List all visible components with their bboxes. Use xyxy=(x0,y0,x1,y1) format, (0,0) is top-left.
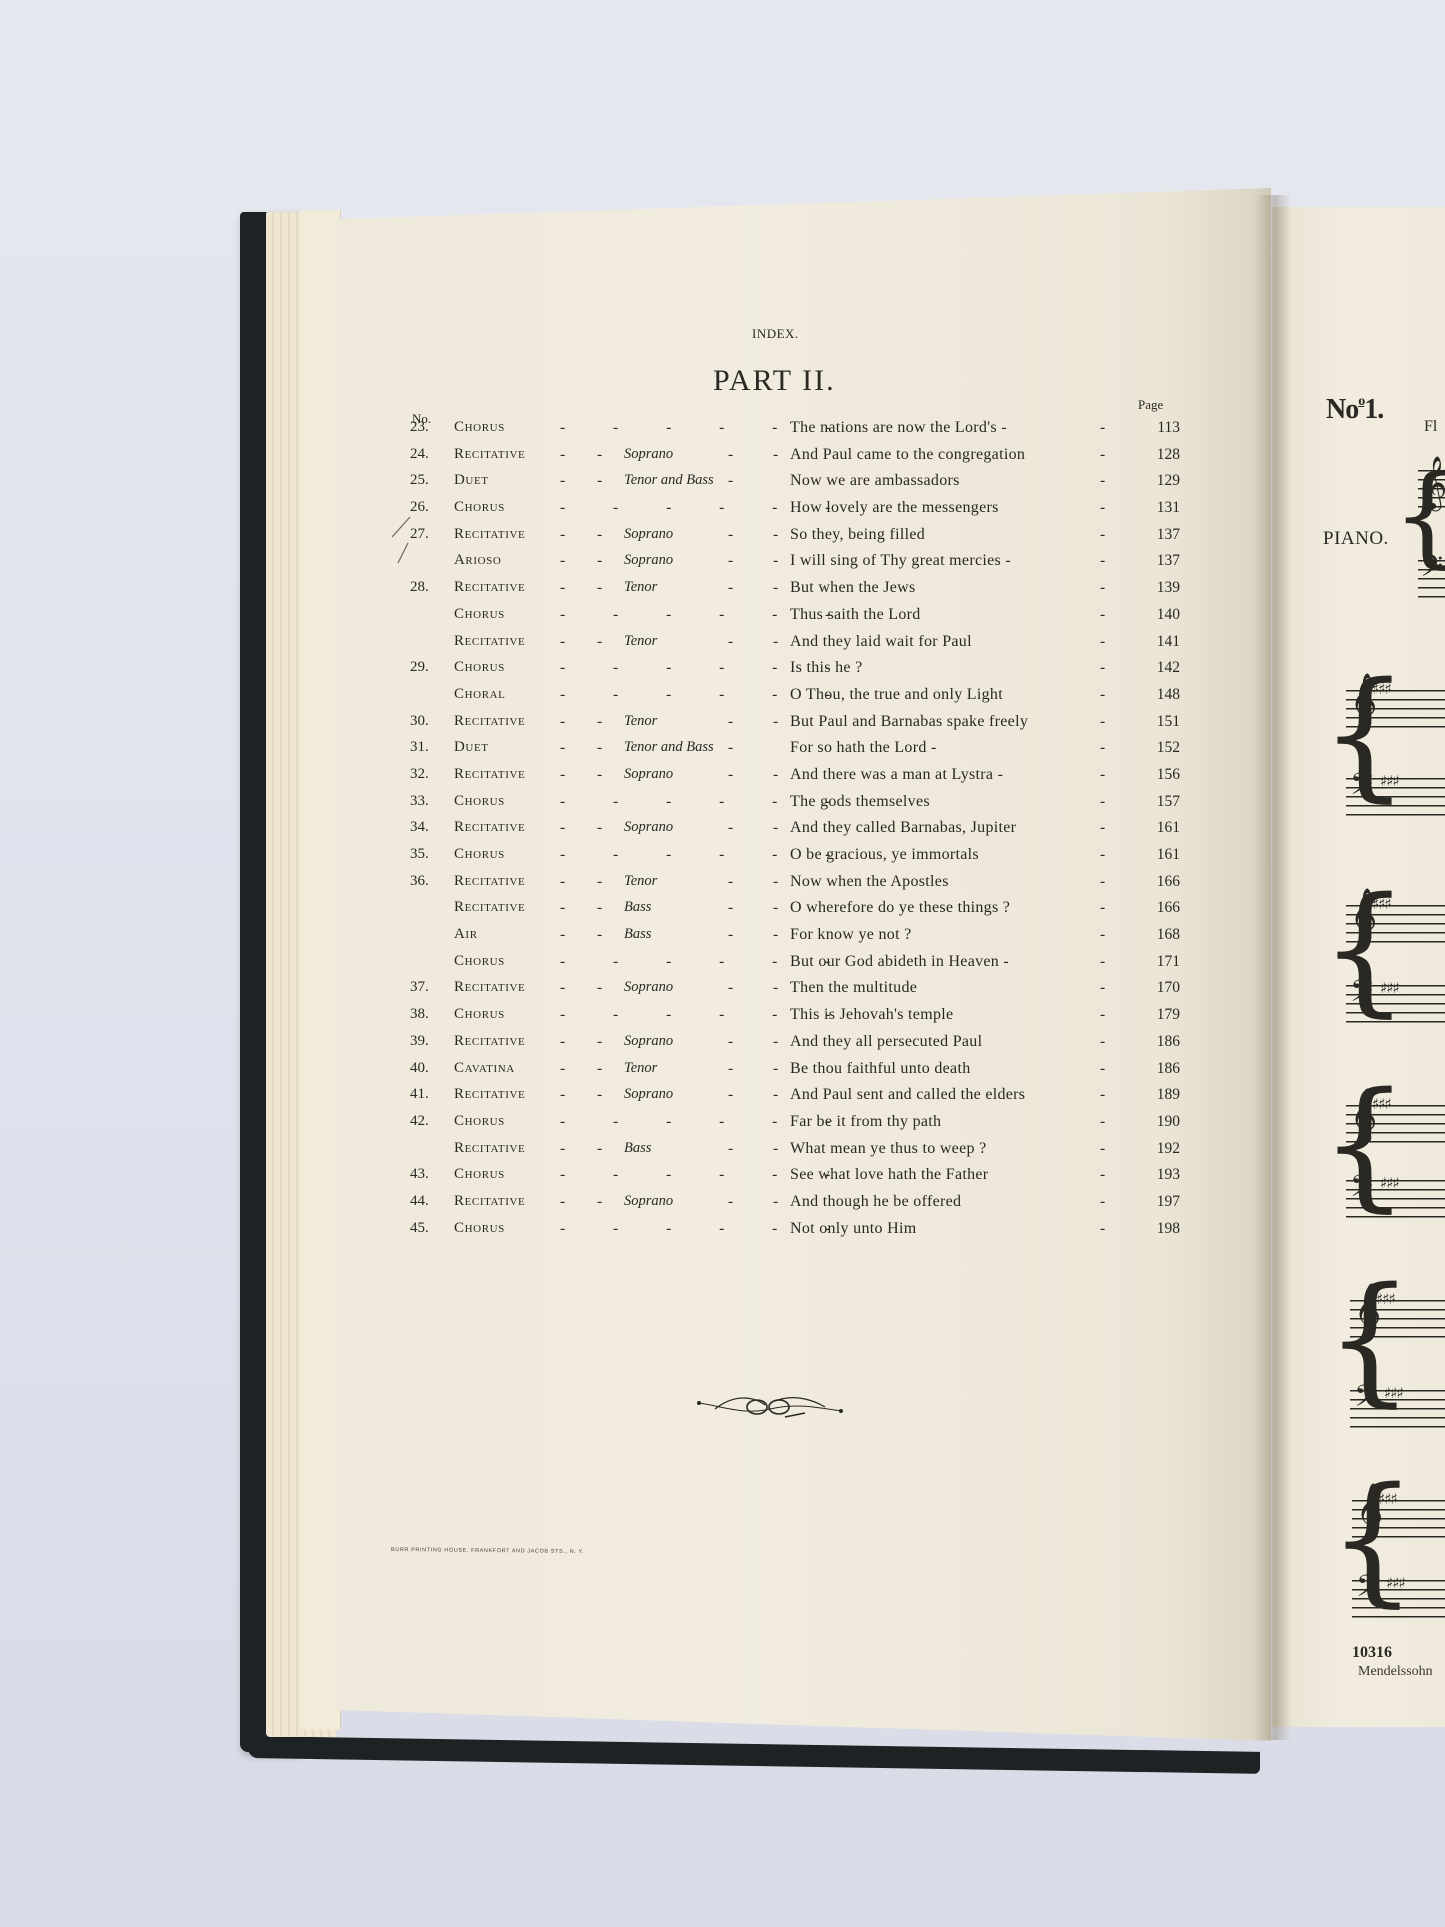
entry-voice: Tenor xyxy=(624,1060,657,1077)
entry-page: 137 xyxy=(1140,552,1180,570)
entry-page: 137 xyxy=(1140,526,1180,544)
entry-form: Recitative xyxy=(454,1033,525,1050)
index-entry: Recitative - - Tenor - - And they laid w… xyxy=(410,633,1170,660)
index-entry: 25. Duet - - Tenor and Bass - Now we are… xyxy=(410,472,1170,499)
entry-voice: Soprano xyxy=(624,1033,673,1050)
entry-page: 128 xyxy=(1140,446,1180,464)
key-signature-icon: ♯♯♯ xyxy=(1378,1490,1397,1508)
running-header: INDEX. xyxy=(752,326,799,342)
bass-clef-icon: 𝄢 xyxy=(1350,975,1373,1017)
index-entry: 37. Recitative - - Soprano - - Then the … xyxy=(410,979,1170,1006)
leader-dots: - xyxy=(1100,1113,1105,1131)
entry-number: 41. xyxy=(410,1086,446,1103)
entry-title: O Thou, the true and only Light xyxy=(790,686,1003,704)
entry-form: Chorus xyxy=(454,419,505,436)
leader-dots: - - xyxy=(560,1060,616,1078)
index-entry: 34. Recitative - - Soprano - - And they … xyxy=(410,819,1170,846)
entry-title: But when the Jews xyxy=(790,579,916,597)
leader-dots: - - xyxy=(560,979,616,997)
leader-dots: - - xyxy=(728,1193,796,1211)
leader-dots: - xyxy=(1100,819,1105,837)
key-signature-icon: ♯♯♯ xyxy=(1386,1574,1405,1592)
leader-dots: - xyxy=(1100,686,1105,704)
instrument-label-piano: PIANO. xyxy=(1323,528,1389,550)
entry-form: Chorus xyxy=(454,499,505,516)
leader-dots: - - xyxy=(728,446,796,464)
entry-form: Duet xyxy=(454,739,489,756)
leader-dots: - xyxy=(1100,419,1105,437)
entry-voice: Soprano xyxy=(624,819,673,836)
index-entry: Recitative - - Bass - - What mean ye thu… xyxy=(410,1140,1170,1167)
entry-title: O wherefore do ye these things ? xyxy=(790,899,1010,917)
leader-dots: - xyxy=(1100,926,1105,944)
entry-page: 129 xyxy=(1140,472,1180,490)
leader-dots: - xyxy=(1100,1060,1105,1078)
entry-number: 33. xyxy=(410,793,446,810)
entry-voice: Tenor xyxy=(624,873,657,890)
key-signature-icon: ♯♯♯ xyxy=(1380,772,1399,790)
leader-dots: - - xyxy=(728,899,796,917)
leader-dots: - - xyxy=(728,979,796,997)
entry-number: 34. xyxy=(410,819,446,836)
entry-form: Recitative xyxy=(454,713,525,730)
index-entry: 43. Chorus - - - - - - See what love hat… xyxy=(410,1166,1170,1193)
leader-dots: - xyxy=(1100,1166,1105,1184)
key-signature-icon: ♯♯♯ xyxy=(1372,680,1391,698)
entry-form: Recitative xyxy=(454,1086,525,1103)
entry-page: 186 xyxy=(1140,1033,1180,1051)
entry-title: I will sing of Thy great mercies - xyxy=(790,552,1011,570)
index-entry: 31. Duet - - Tenor and Bass - For so hat… xyxy=(410,739,1170,766)
leader-dots: - xyxy=(1100,1220,1105,1238)
entry-form: Chorus xyxy=(454,1166,505,1183)
index-entry: 45. Chorus - - - - - - Not only unto Him… xyxy=(410,1220,1170,1247)
entry-voice: Soprano xyxy=(624,979,673,996)
entry-form: Recitative xyxy=(454,766,525,783)
key-signature-icon: ♯♯♯ xyxy=(1376,1290,1395,1308)
entry-page: 113 xyxy=(1140,419,1180,437)
leader-dots: - - xyxy=(728,766,796,784)
entry-form: Cavatina xyxy=(454,1060,515,1077)
leader-dots: - - xyxy=(560,873,616,891)
entry-number: 39. xyxy=(410,1033,446,1050)
entry-title: But Paul and Barnabas spake freely xyxy=(790,713,1028,731)
entry-title: But our God abideth in Heaven - xyxy=(790,953,1009,971)
leader-dots: - - xyxy=(728,1140,796,1158)
index-entry: Arioso - - Soprano - - I will sing of Th… xyxy=(410,552,1170,579)
leader-dots: - - xyxy=(560,1193,616,1211)
leader-dots: - - xyxy=(560,739,616,757)
index-entry: Choral - - - - - - O Thou, the true and … xyxy=(410,686,1170,713)
key-signature-icon: ♯♯♯ xyxy=(1372,1095,1391,1113)
entry-number: 28. xyxy=(410,579,446,596)
entry-voice: Soprano xyxy=(624,1086,673,1103)
entry-title: And though he be offered xyxy=(790,1193,961,1211)
key-signature-icon: ♯♯♯ xyxy=(1372,895,1391,913)
entry-number: 36. xyxy=(410,873,446,890)
index-entry: 40. Cavatina - - Tenor - - Be thou faith… xyxy=(410,1060,1170,1087)
entry-number: 35. xyxy=(410,846,446,863)
leader-dots: - xyxy=(1100,873,1105,891)
leader-dots: - xyxy=(1100,846,1105,864)
entry-voice: Bass xyxy=(624,899,651,916)
entry-number: 25. xyxy=(410,472,446,489)
leader-dots: - xyxy=(1100,659,1105,677)
entry-page: 166 xyxy=(1140,899,1180,917)
leader-dots: - xyxy=(1100,579,1105,597)
index-entry: 32. Recitative - - Soprano - - And there… xyxy=(410,766,1170,793)
entry-page: 139 xyxy=(1140,579,1180,597)
movement-number: Noo1. xyxy=(1326,394,1383,426)
entry-title: And Paul sent and called the elders xyxy=(790,1086,1025,1104)
entry-title: For so hath the Lord - xyxy=(790,739,937,757)
movement-number-label: No xyxy=(1326,394,1358,425)
entry-form: Chorus xyxy=(454,1113,505,1130)
entry-form: Recitative xyxy=(454,979,525,996)
entry-title: Is this he ? xyxy=(790,659,862,677)
leader-dots: - - xyxy=(728,526,796,544)
index-entry: 36. Recitative - - Tenor - - Now when th… xyxy=(410,873,1170,900)
entry-voice: Tenor xyxy=(624,713,657,730)
entry-voice: Tenor and Bass xyxy=(624,739,714,756)
leader-dots: - - xyxy=(728,1060,796,1078)
entry-number: 27. xyxy=(410,526,446,543)
book-gutter xyxy=(1255,195,1291,1740)
entry-title: O be gracious, ye immortals xyxy=(790,846,979,864)
plate-number: 10316 xyxy=(1352,1644,1392,1662)
entry-page: 190 xyxy=(1140,1113,1180,1131)
entry-title: See what love hath the Father xyxy=(790,1166,988,1184)
index-entry: 29. Chorus - - - - - - Is this he ? - 14… xyxy=(410,659,1170,686)
leader-dots: - xyxy=(728,739,751,757)
entry-page: 152 xyxy=(1140,739,1180,757)
leader-dots: - - xyxy=(560,552,616,570)
entry-page: 171 xyxy=(1140,953,1180,971)
entry-page: 140 xyxy=(1140,606,1180,624)
entry-title: Thus saith the Lord xyxy=(790,606,921,624)
entry-page: 189 xyxy=(1140,1086,1180,1104)
leader-dots: - - xyxy=(560,1033,616,1051)
leader-dots: - - xyxy=(728,713,796,731)
entry-title: Be thou faithful unto death xyxy=(790,1060,971,1078)
page-title: PART II. xyxy=(713,364,836,398)
leader-dots: - xyxy=(1100,1193,1105,1211)
entry-title: The nations are now the Lord's - xyxy=(790,419,1007,437)
entry-number: 24. xyxy=(410,446,446,463)
entry-title: And they all persecuted Paul xyxy=(790,1033,982,1051)
entry-form: Chorus xyxy=(454,846,505,863)
entry-title: Then the multitude xyxy=(790,979,917,997)
index-entry: Recitative - - Bass - - O wherefore do y… xyxy=(410,899,1170,926)
entry-title: So they, being filled xyxy=(790,526,925,544)
leader-dots: - xyxy=(1100,552,1105,570)
entry-title: This is Jehovah's temple xyxy=(790,1006,953,1024)
leader-dots: - xyxy=(1100,766,1105,784)
leader-dots: - - xyxy=(728,579,796,597)
entry-voice: Tenor xyxy=(624,633,657,650)
key-signature-icon: ♯♯♯ xyxy=(1380,1174,1399,1192)
leader-dots: - - xyxy=(560,446,616,464)
entry-number: 42. xyxy=(410,1113,446,1130)
book-cover-bottom-edge xyxy=(248,1736,1260,1774)
entry-form: Arioso xyxy=(454,552,501,569)
key-signature-icon: ♯♯♯ xyxy=(1380,979,1399,997)
index-entry: 26. Chorus - - - - - - How lovely are th… xyxy=(410,499,1170,526)
bass-clef-icon: 𝄢 xyxy=(1350,768,1373,810)
leader-dots: - xyxy=(1100,499,1105,517)
entry-title: And there was a man at Lystra - xyxy=(790,766,1003,784)
entry-title: How lovely are the messengers xyxy=(790,499,999,517)
index-entry: 24. Recitative - - Soprano - - And Paul … xyxy=(410,446,1170,473)
entry-page: 141 xyxy=(1140,633,1180,651)
leader-dots: - - xyxy=(728,926,796,944)
entry-number: 40. xyxy=(410,1060,446,1077)
entry-page: 142 xyxy=(1140,659,1180,677)
entry-page: 192 xyxy=(1140,1140,1180,1158)
entry-form: Recitative xyxy=(454,1193,525,1210)
entry-title: Far be it from thy path xyxy=(790,1113,941,1131)
entry-title: And Paul came to the congregation xyxy=(790,446,1025,464)
index-entry: Air - - Bass - - For know ye not ? - 168 xyxy=(410,926,1170,953)
entry-page: 166 xyxy=(1140,873,1180,891)
composer-name-partial: Mendelssohn xyxy=(1358,1664,1433,1680)
leader-dots: - xyxy=(1100,899,1105,917)
entry-page: 161 xyxy=(1140,846,1180,864)
leader-dots: - xyxy=(1100,1140,1105,1158)
entry-form: Recitative xyxy=(454,526,525,543)
bass-clef-icon: 𝄢 xyxy=(1420,550,1443,592)
leader-dots: - - xyxy=(728,873,796,891)
entry-voice: Soprano xyxy=(624,1193,673,1210)
entry-number: 32. xyxy=(410,766,446,783)
leader-dots: - - xyxy=(728,1086,796,1104)
leader-dots: - - xyxy=(728,633,796,651)
entry-voice: Tenor and Bass xyxy=(624,472,714,489)
leader-dots: - xyxy=(1100,1033,1105,1051)
entry-voice: Soprano xyxy=(624,526,673,543)
entry-number: 38. xyxy=(410,1006,446,1023)
leader-dots: - - xyxy=(560,713,616,731)
index-entry: 35. Chorus - - - - - - O be gracious, ye… xyxy=(410,846,1170,873)
leader-dots: - - xyxy=(560,899,616,917)
leader-dots: - - xyxy=(560,579,616,597)
leader-dots: - xyxy=(1100,739,1105,757)
entry-page: 186 xyxy=(1140,1060,1180,1078)
entry-form: Chorus xyxy=(454,953,505,970)
leader-dots: - xyxy=(1100,1006,1105,1024)
entry-form: Chorus xyxy=(454,659,505,676)
entry-page: 193 xyxy=(1140,1166,1180,1184)
entry-form: Air xyxy=(454,926,478,943)
entry-form: Recitative xyxy=(454,579,525,596)
index-entry: 27. Recitative - - Soprano - - So they, … xyxy=(410,526,1170,553)
entry-page: 168 xyxy=(1140,926,1180,944)
entry-number: 37. xyxy=(410,979,446,996)
entry-voice: Tenor xyxy=(624,579,657,596)
entry-form: Recitative xyxy=(454,446,525,463)
entry-page: 170 xyxy=(1140,979,1180,997)
leader-dots: - - xyxy=(560,1086,616,1104)
entry-number: 23. xyxy=(410,419,446,436)
leader-dots: - - xyxy=(560,926,616,944)
leader-dots: - xyxy=(1100,472,1105,490)
leader-dots: - xyxy=(1100,633,1105,651)
entry-title: And they laid wait for Paul xyxy=(790,633,972,651)
entry-number: 26. xyxy=(410,499,446,516)
leader-dots: - xyxy=(1100,1086,1105,1104)
entry-page: 198 xyxy=(1140,1220,1180,1238)
index-entry: 33. Chorus - - - - - - The gods themselv… xyxy=(410,793,1170,820)
leader-dots: - xyxy=(1100,953,1105,971)
index-entry: Chorus - - - - - - Thus saith the Lord -… xyxy=(410,606,1170,633)
entry-form: Choral xyxy=(454,686,506,703)
entry-form: Chorus xyxy=(454,606,505,623)
page-stack-inner xyxy=(300,210,341,1730)
entry-form: Chorus xyxy=(454,1006,505,1023)
entry-voice: Bass xyxy=(624,1140,651,1157)
index-entry: 41. Recitative - - Soprano - - And Paul … xyxy=(410,1086,1170,1113)
bass-clef-icon: 𝄢 xyxy=(1354,1380,1377,1422)
leader-dots: - - xyxy=(560,819,616,837)
leader-dots: - xyxy=(1100,713,1105,731)
leader-dots: - xyxy=(728,472,751,490)
leader-dots: - - xyxy=(560,472,616,490)
entry-page: 156 xyxy=(1140,766,1180,784)
entry-page: 151 xyxy=(1140,713,1180,731)
leader-dots: - - xyxy=(560,766,616,784)
entry-form: Recitative xyxy=(454,633,525,650)
index-entry: 42. Chorus - - - - - - Far be it from th… xyxy=(410,1113,1170,1140)
leader-dots: - xyxy=(1100,793,1105,811)
index-entry: 30. Recitative - - Tenor - - But Paul an… xyxy=(410,713,1170,740)
leader-dots: - - xyxy=(728,552,796,570)
entry-title: What mean ye thus to weep ? xyxy=(790,1140,986,1158)
index-entry: 23. Chorus - - - - - - The nations are n… xyxy=(410,419,1170,446)
entry-number: 43. xyxy=(410,1166,446,1183)
bass-clef-icon: 𝄢 xyxy=(1350,1170,1373,1212)
leader-dots: - - xyxy=(560,526,616,544)
entry-number: 45. xyxy=(410,1220,446,1237)
entry-page: 157 xyxy=(1140,793,1180,811)
entry-form: Recitative xyxy=(454,873,525,890)
key-signature-icon: ♯♯♯ xyxy=(1384,1384,1403,1402)
entry-form: Recitative xyxy=(454,819,525,836)
leader-dots: - xyxy=(1100,526,1105,544)
entry-number: 44. xyxy=(410,1193,446,1210)
bass-clef-icon: 𝄢 xyxy=(1356,1570,1379,1612)
entry-page: 197 xyxy=(1140,1193,1180,1211)
treble-clef-icon: 𝄞 xyxy=(1420,455,1445,511)
leader-dots: - - xyxy=(728,819,796,837)
entry-title: Now we are ambassadors xyxy=(790,472,960,490)
entry-title: And they called Barnabas, Jupiter xyxy=(790,819,1016,837)
column-header-page: Page xyxy=(1138,397,1163,413)
leader-dots: - - xyxy=(560,1140,616,1158)
entry-title: Not only unto Him xyxy=(790,1220,916,1238)
entry-form: Recitative xyxy=(454,1140,525,1157)
index-entry: 39. Recitative - - Soprano - - And they … xyxy=(410,1033,1170,1060)
leader-dots: - xyxy=(1100,606,1105,624)
leader-dots: - xyxy=(1100,446,1105,464)
index-entry: Chorus - - - - - - But our God abideth i… xyxy=(410,953,1170,980)
entry-voice: Soprano xyxy=(624,446,673,463)
decorative-ornament-icon xyxy=(695,1393,845,1423)
index-list: 23. Chorus - - - - - - The nations are n… xyxy=(410,419,1170,1246)
entry-number: 30. xyxy=(410,713,446,730)
index-entry: 44. Recitative - - Soprano - - And thoug… xyxy=(410,1193,1170,1220)
leader-dots: - xyxy=(1100,979,1105,997)
entry-page: 148 xyxy=(1140,686,1180,704)
entry-title: The gods themselves xyxy=(790,793,930,811)
entry-number: 29. xyxy=(410,659,446,676)
entry-voice: Soprano xyxy=(624,552,673,569)
index-entry: 38. Chorus - - - - - - This is Jehovah's… xyxy=(410,1006,1170,1033)
leader-dots: - - xyxy=(728,1033,796,1051)
entry-page: 179 xyxy=(1140,1006,1180,1024)
entry-page: 161 xyxy=(1140,819,1180,837)
entry-form: Recitative xyxy=(454,899,525,916)
entry-voice: Bass xyxy=(624,926,651,943)
entry-number: 31. xyxy=(410,739,446,756)
entry-title: For know ye not ? xyxy=(790,926,912,944)
leader-dots: - - xyxy=(560,633,616,651)
entry-form: Chorus xyxy=(454,793,505,810)
entry-form: Chorus xyxy=(454,1220,505,1237)
entry-page: 131 xyxy=(1140,499,1180,517)
instrument-label-partial: Fl xyxy=(1424,418,1437,436)
movement-number-value: 1. xyxy=(1364,394,1383,425)
index-entry: 28. Recitative - - Tenor - - But when th… xyxy=(410,579,1170,606)
entry-title: Now when the Apostles xyxy=(790,873,949,891)
entry-voice: Soprano xyxy=(624,766,673,783)
entry-form: Duet xyxy=(454,472,489,489)
